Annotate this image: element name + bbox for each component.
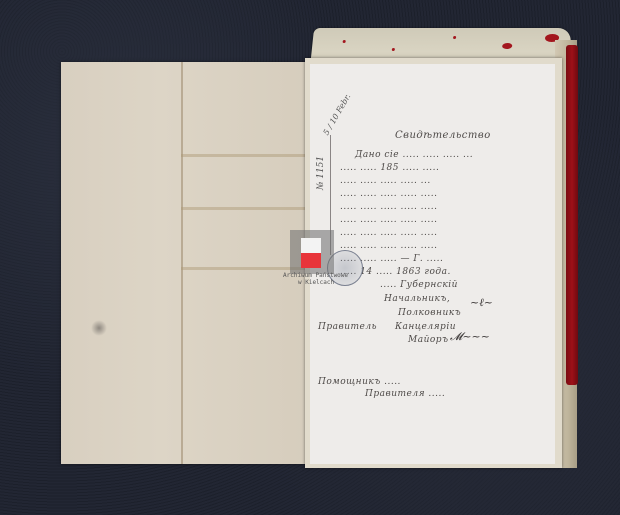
signature-scribble: ~ℓ~: [470, 296, 493, 309]
signature-scribble: 𝓜~~~: [450, 330, 490, 344]
signature-title: Правитель: [318, 322, 377, 332]
fold-line-vertical: [181, 62, 183, 464]
body-line: ..... ..... ..... ..... .....: [340, 202, 437, 212]
signature-title: Майоръ: [408, 335, 449, 345]
stain: [91, 320, 107, 336]
body-line: ..... ..... ..... ..... .....: [340, 215, 437, 225]
red-speck: [502, 43, 513, 49]
signature-title: ..... Губернскій: [380, 280, 458, 290]
body-line: ..... ..... ..... ..... .....: [340, 241, 437, 251]
margin-number: № 1151: [316, 156, 326, 190]
signature-title: Правителя .....: [365, 389, 445, 399]
signature-title: Помощникъ .....: [318, 377, 401, 387]
fold-line-horizontal: [181, 207, 311, 210]
watermark-text-line1: Archiwum Państwowe: [283, 272, 348, 279]
flag-red-stripe: [301, 253, 321, 268]
body-line: ..... ..... ..... ..... .....: [340, 228, 437, 238]
fold-line-horizontal: [181, 154, 311, 157]
watermark-text-line2: w Kielcach: [298, 279, 334, 286]
red-speck: [343, 40, 346, 43]
red-binding: [566, 45, 578, 385]
body-line: ..... ..... 185 ..... .....: [340, 163, 439, 173]
document-photo: 5 / 10 Febr. № 1151 Свидѣтельство Дано с…: [0, 0, 620, 515]
certificate-heading: Свидѣтельство: [395, 130, 491, 141]
body-line: Дано сіе ..... ..... ..... ...: [355, 150, 473, 160]
red-speck: [453, 36, 456, 39]
signature-title: Канцеляріи: [395, 322, 456, 332]
signature-title: Полковникъ: [398, 308, 461, 318]
body-line: ..... ..... ..... ..... .....: [340, 189, 437, 199]
flag-white-stripe: [301, 238, 321, 253]
left-page: [61, 62, 311, 464]
archive-watermark-logo: [290, 230, 334, 274]
signature-title: Начальникъ,: [384, 294, 450, 304]
red-speck: [392, 48, 395, 51]
body-line: ..... ..... ..... ..... ...: [340, 176, 431, 186]
